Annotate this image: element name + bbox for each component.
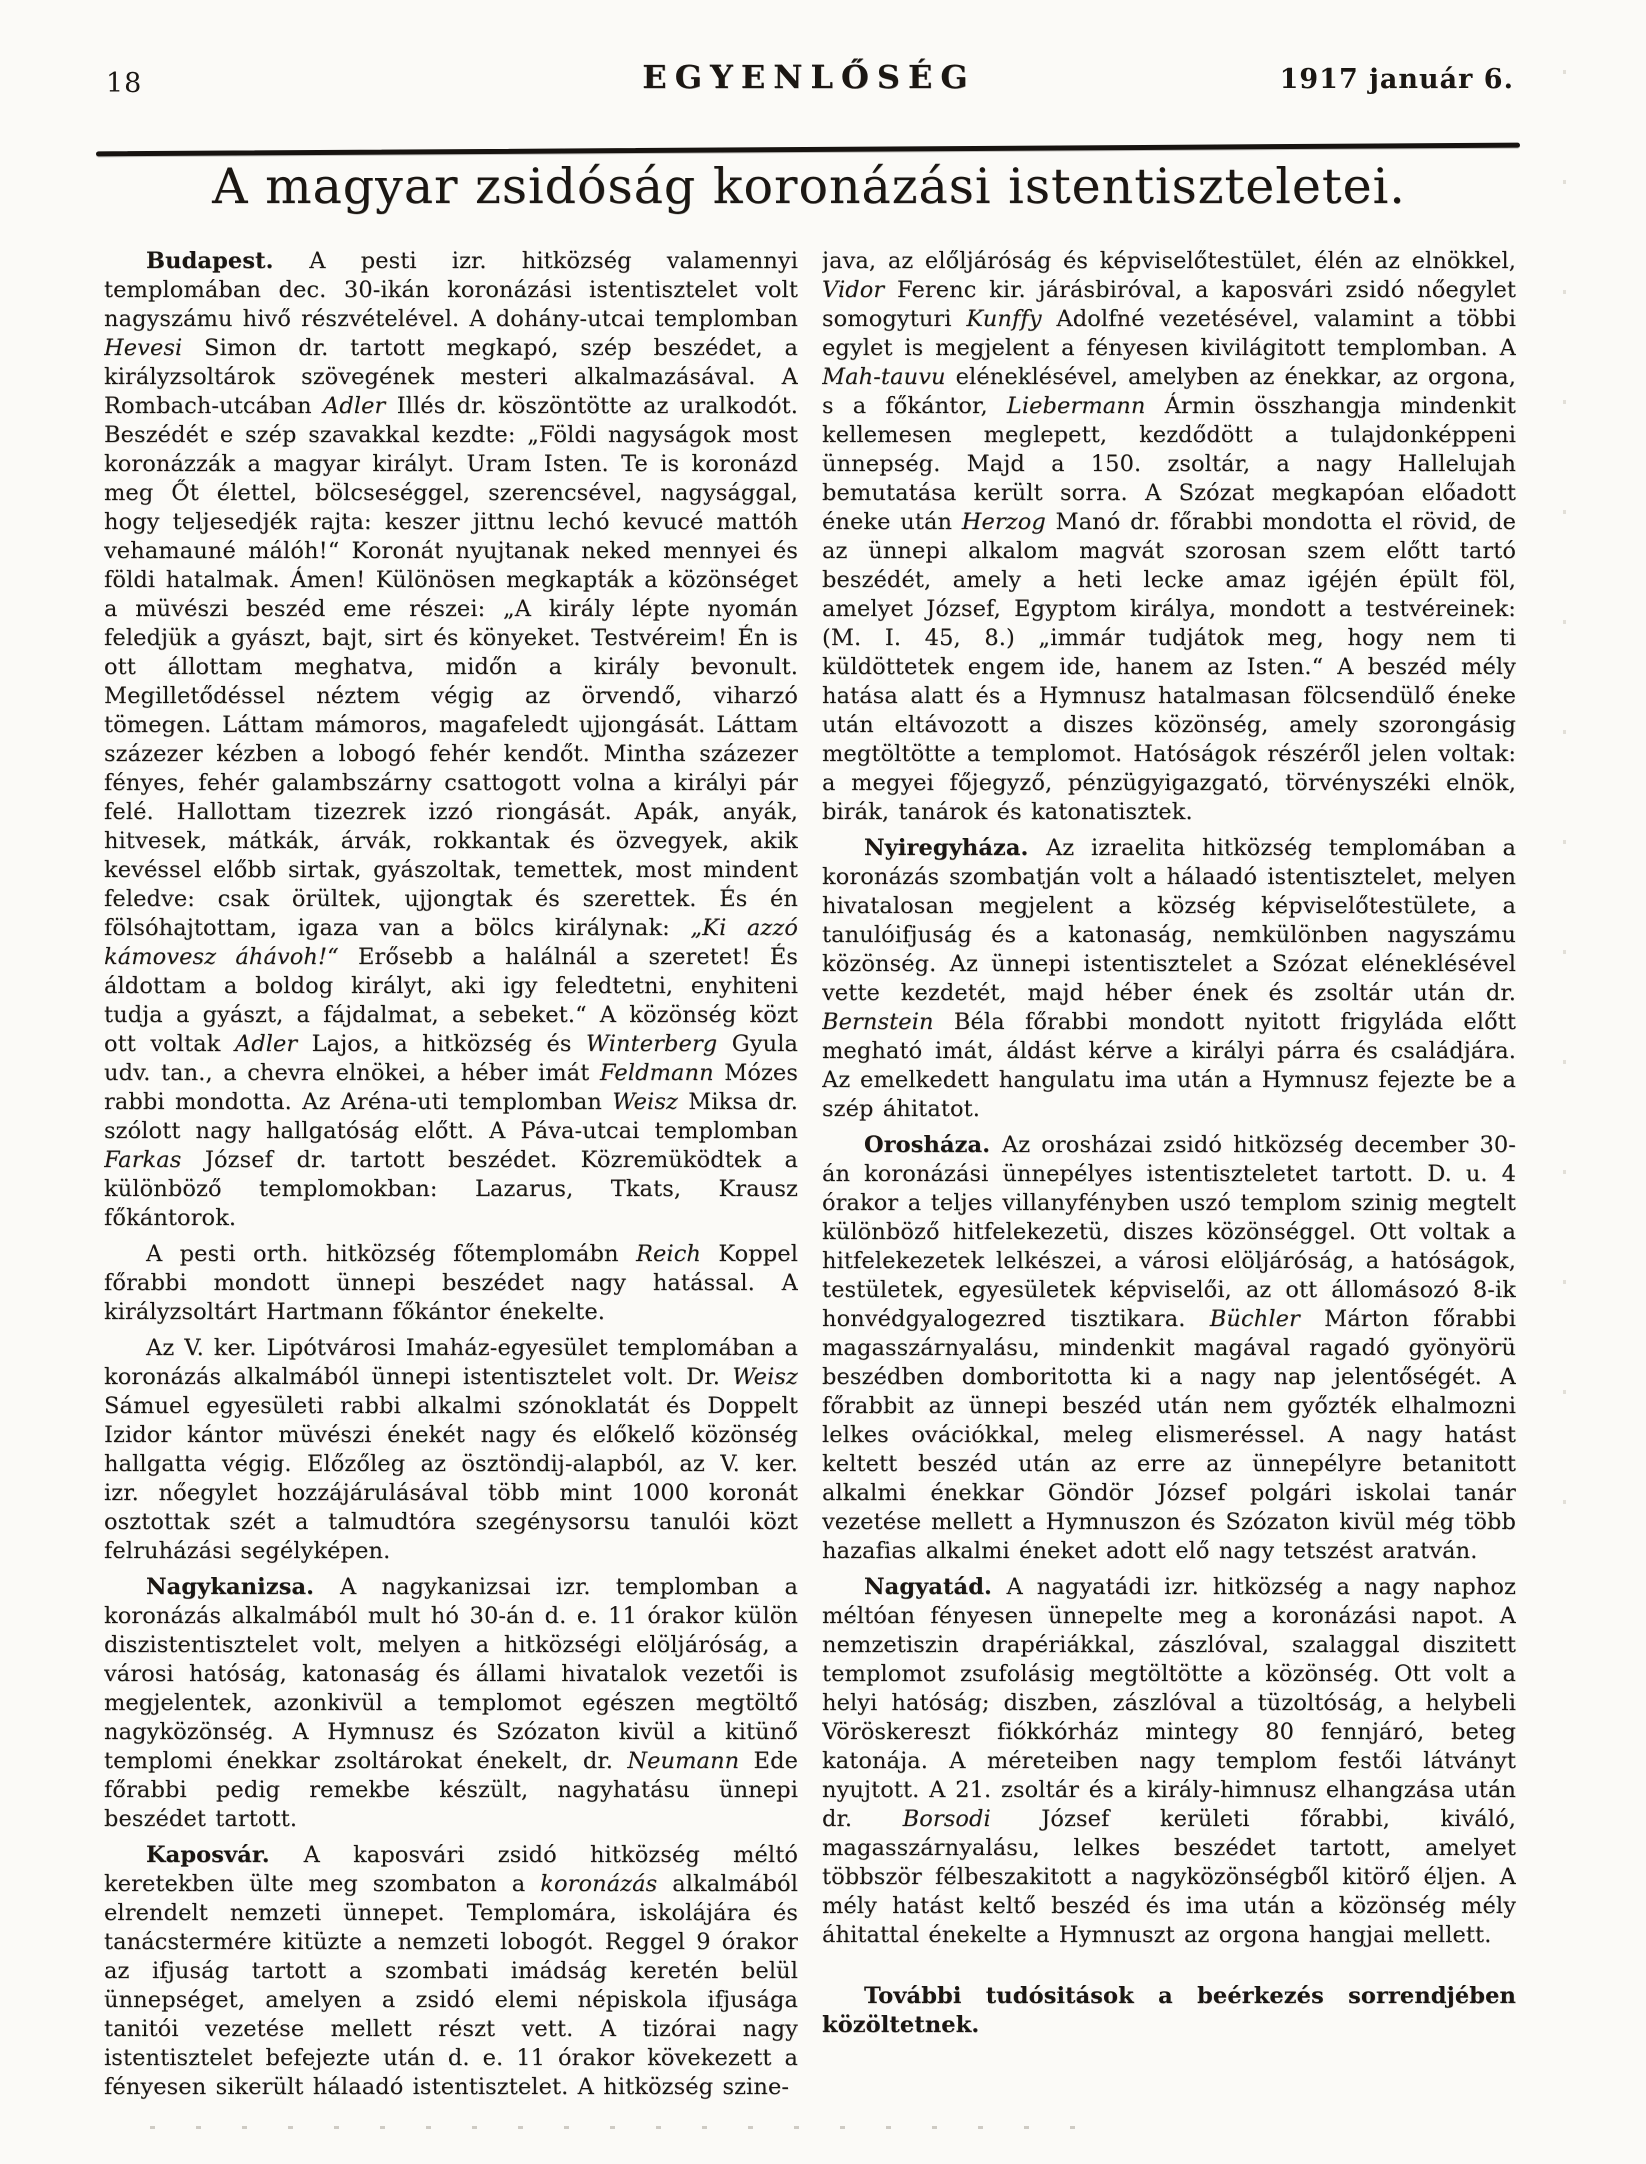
italicized-name: Neumann: [627, 1748, 739, 1774]
italicized-name: Herzog: [962, 509, 1046, 535]
text-run: alkalmából elrendelt nemzeti ünnepet. Te…: [104, 1871, 798, 2100]
italicized-name: Feldmann: [600, 1060, 714, 1086]
header-rule: [96, 143, 1520, 157]
closing-note: További tudósitások a beérkezés sorrendj…: [822, 1982, 1516, 2040]
newspaper-page: 18 EGYENLŐSÉG 1917 január 6. A magyar zs…: [0, 0, 1646, 2164]
text-run: Illés dr. köszöntötte az uralkodót. Besz…: [104, 393, 798, 941]
italicized-name: Weisz: [612, 1089, 678, 1115]
text-run: Márton főrabbi magasszárnyalásu, mindenk…: [822, 1306, 1516, 1564]
text-run: További tudósitások a beérkezés sorrendj…: [822, 1983, 1516, 2038]
paragraph-pesti-orth: A pesti orth. hitközség főtemplomábn Rei…: [104, 1240, 798, 1327]
article-body: Budapest. A pesti izr. hitközség valamen…: [104, 247, 1516, 2137]
dateline: Nagykanizsa.: [146, 1574, 340, 1600]
paragraph-kaposvar: Kaposvár. A kaposvári zsidó hitközség mé…: [104, 1841, 798, 2102]
dateline: Orosháza.: [864, 1132, 1002, 1158]
italicized-name: Kunffy: [966, 306, 1041, 332]
italicized-name: koronázás: [540, 1871, 657, 1897]
dateline: Nagyatád.: [864, 1574, 1007, 1600]
right-column: java, az előljáróság és képviselőtestüle…: [822, 247, 1516, 2137]
italicized-name: Hevesi: [104, 335, 182, 361]
paragraph-lipotvarosi: Az V. ker. Lipótvárosi Imaház-egyesület …: [104, 1334, 798, 1566]
article-title: A magyar zsidóság koronázási istentiszte…: [104, 158, 1514, 215]
text-run: A pesti orth. hitközség főtemplomábn: [146, 1241, 636, 1267]
italicized-name: Farkas: [104, 1147, 181, 1173]
text-run: Lajos, a hitközség és: [297, 1031, 586, 1057]
paragraph-oroshaza: Orosháza. Az orosházai zsidó hitközség d…: [822, 1131, 1516, 1566]
paragraph-budapest: Budapest. A pesti izr. hitközség valamen…: [104, 247, 798, 1233]
italicized-name: Weisz: [732, 1364, 798, 1390]
left-column: Budapest. A pesti izr. hitközség valamen…: [104, 247, 798, 2137]
italicized-name: Borsodi: [903, 1806, 991, 1832]
dateline: Kaposvár.: [146, 1842, 304, 1868]
italicized-name: Reich: [636, 1241, 701, 1267]
text-run: Az V. ker. Lipótvárosi Imaház-egyesület …: [104, 1335, 798, 1390]
italicized-name: Mah-tauvu: [822, 364, 946, 390]
italicized-name: Vidor: [822, 277, 884, 303]
text-run: A nagykanizsai izr. templomban a koronáz…: [104, 1574, 798, 1774]
paragraph-nyiregyhaza: Nyiregyháza. Az izraelita hitközség temp…: [822, 834, 1516, 1124]
scan-artifact-edge: [1563, 70, 1566, 1570]
scan-artifact-bottom: [150, 2126, 1110, 2129]
italicized-name: Winterberg: [586, 1031, 717, 1057]
italicized-name: Büchler: [1210, 1306, 1300, 1332]
paragraph-kaposvar-continuation: java, az előljáróság és képviselőtestüle…: [822, 247, 1516, 827]
text-run: Az orosházai zsidó hitközség december 30…: [822, 1132, 1516, 1332]
page-header: 18 EGYENLŐSÉG 1917 január 6.: [104, 56, 1514, 110]
italicized-name: Liebermann: [1007, 393, 1146, 419]
dateline: Nyiregyháza.: [864, 835, 1046, 861]
text-run: A nagyatádi izr. hitközség a nagy naphoz…: [822, 1574, 1516, 1832]
italicized-name: Bernstein: [822, 1009, 934, 1035]
italicized-name: Adler: [235, 1031, 297, 1057]
text-run: Manó dr. főrabbi mondotta el rövid, de a…: [822, 509, 1516, 825]
italicized-name: Adler: [323, 393, 385, 419]
text-run: Sámuel egyesületi rabbi alkalmi szónokla…: [104, 1393, 798, 1564]
text-run: József dr. tartott beszédet. Közremüködt…: [104, 1147, 798, 1231]
text-run: java, az előljáróság és képviselőtestüle…: [822, 248, 1516, 274]
paragraph-nagykanizsa: Nagykanizsa. A nagykanizsai izr. templom…: [104, 1573, 798, 1834]
paragraph-nagyatad: Nagyatád. A nagyatádi izr. hitközség a n…: [822, 1573, 1516, 1950]
issue-date: 1917 január 6.: [1280, 64, 1514, 95]
dateline: Budapest.: [146, 248, 309, 274]
